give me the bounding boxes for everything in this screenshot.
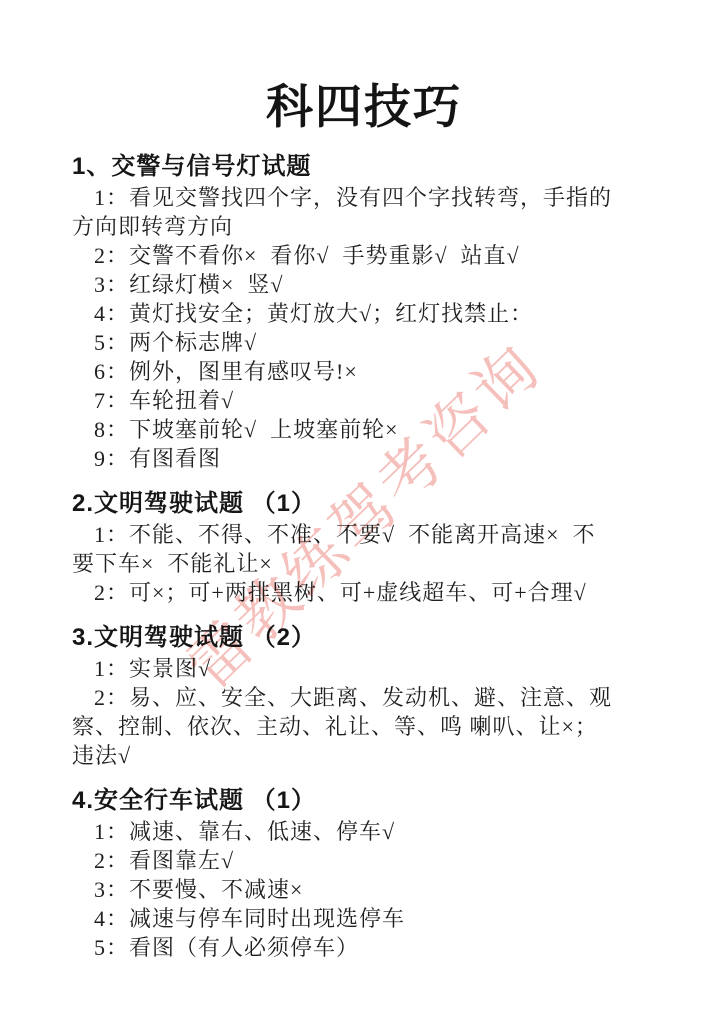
text-line: 4：减速与停车同时出现选停车 <box>72 904 656 933</box>
text-line: 5：看图（有人必须停车） <box>72 933 656 962</box>
text-line: 1：不能、不得、不准、不要√ 不能离开高速× 不 <box>72 520 656 549</box>
text-line: 7：车轮扭着√ <box>72 386 656 415</box>
text-line: 2：交警不看你× 看你√ 手势重影√ 站直√ <box>72 241 656 270</box>
document-page: 科四技巧 1、交警与信号灯试题1：看见交警找四个字，没有四个字找转弯，手指的方向… <box>0 0 720 1018</box>
section-3: 3.文明驾驶试题 （2）1：实景图√2：易、应、安全、大距离、发动机、避、注意、… <box>72 622 656 770</box>
text-line: 2：易、应、安全、大距离、发动机、避、注意、观 <box>72 683 656 712</box>
text-line: 违法√ <box>72 741 656 770</box>
document-body: 科四技巧 1、交警与信号灯试题1：看见交警找四个字，没有四个字找转弯，手指的方向… <box>0 0 720 962</box>
text-line: 8：下坡塞前轮√ 上坡塞前轮× <box>72 415 656 444</box>
sections: 1、交警与信号灯试题1：看见交警找四个字，没有四个字找转弯，手指的方向即转弯方向… <box>72 151 656 962</box>
section-heading: 1、交警与信号灯试题 <box>72 151 656 183</box>
section-4: 4.安全行车试题 （1）1：减速、靠右、低速、停车√2：看图靠左√3：不要慢、不… <box>72 785 656 962</box>
section-heading: 3.文明驾驶试题 （2） <box>72 622 656 654</box>
text-line: 1：看见交警找四个字，没有四个字找转弯，手指的 <box>72 183 656 212</box>
section-1: 1、交警与信号灯试题1：看见交警找四个字，没有四个字找转弯，手指的方向即转弯方向… <box>72 151 656 473</box>
text-line: 方向即转弯方向 <box>72 212 656 241</box>
text-line: 2：可×；可+两排黑树、可+虚线超车、可+合理√ <box>72 578 656 607</box>
text-line: 3：红绿灯横× 竖√ <box>72 270 656 299</box>
text-line: 1：实景图√ <box>72 654 656 683</box>
text-line: 9：有图看图 <box>72 444 656 473</box>
text-line: 2：看图靠左√ <box>72 846 656 875</box>
section-2: 2.文明驾驶试题 （1）1：不能、不得、不准、不要√ 不能离开高速× 不要下车×… <box>72 488 656 607</box>
text-line: 5：两个标志牌√ <box>72 328 656 357</box>
section-heading: 4.安全行车试题 （1） <box>72 785 656 817</box>
text-line: 4：黄灯找安全；黄灯放大√；红灯找禁止： <box>72 299 656 328</box>
text-line: 3：不要慢、不减速× <box>72 875 656 904</box>
text-line: 1：减速、靠右、低速、停车√ <box>72 817 656 846</box>
text-line: 要下车× 不能礼让× <box>72 549 656 578</box>
text-line: 察、控制、依次、主动、礼让、等、鸣 喇叭、让×； <box>72 712 656 741</box>
page-title: 科四技巧 <box>72 78 656 136</box>
text-line: 6：例外，图里有感叹号!× <box>72 357 656 386</box>
section-heading: 2.文明驾驶试题 （1） <box>72 488 656 520</box>
